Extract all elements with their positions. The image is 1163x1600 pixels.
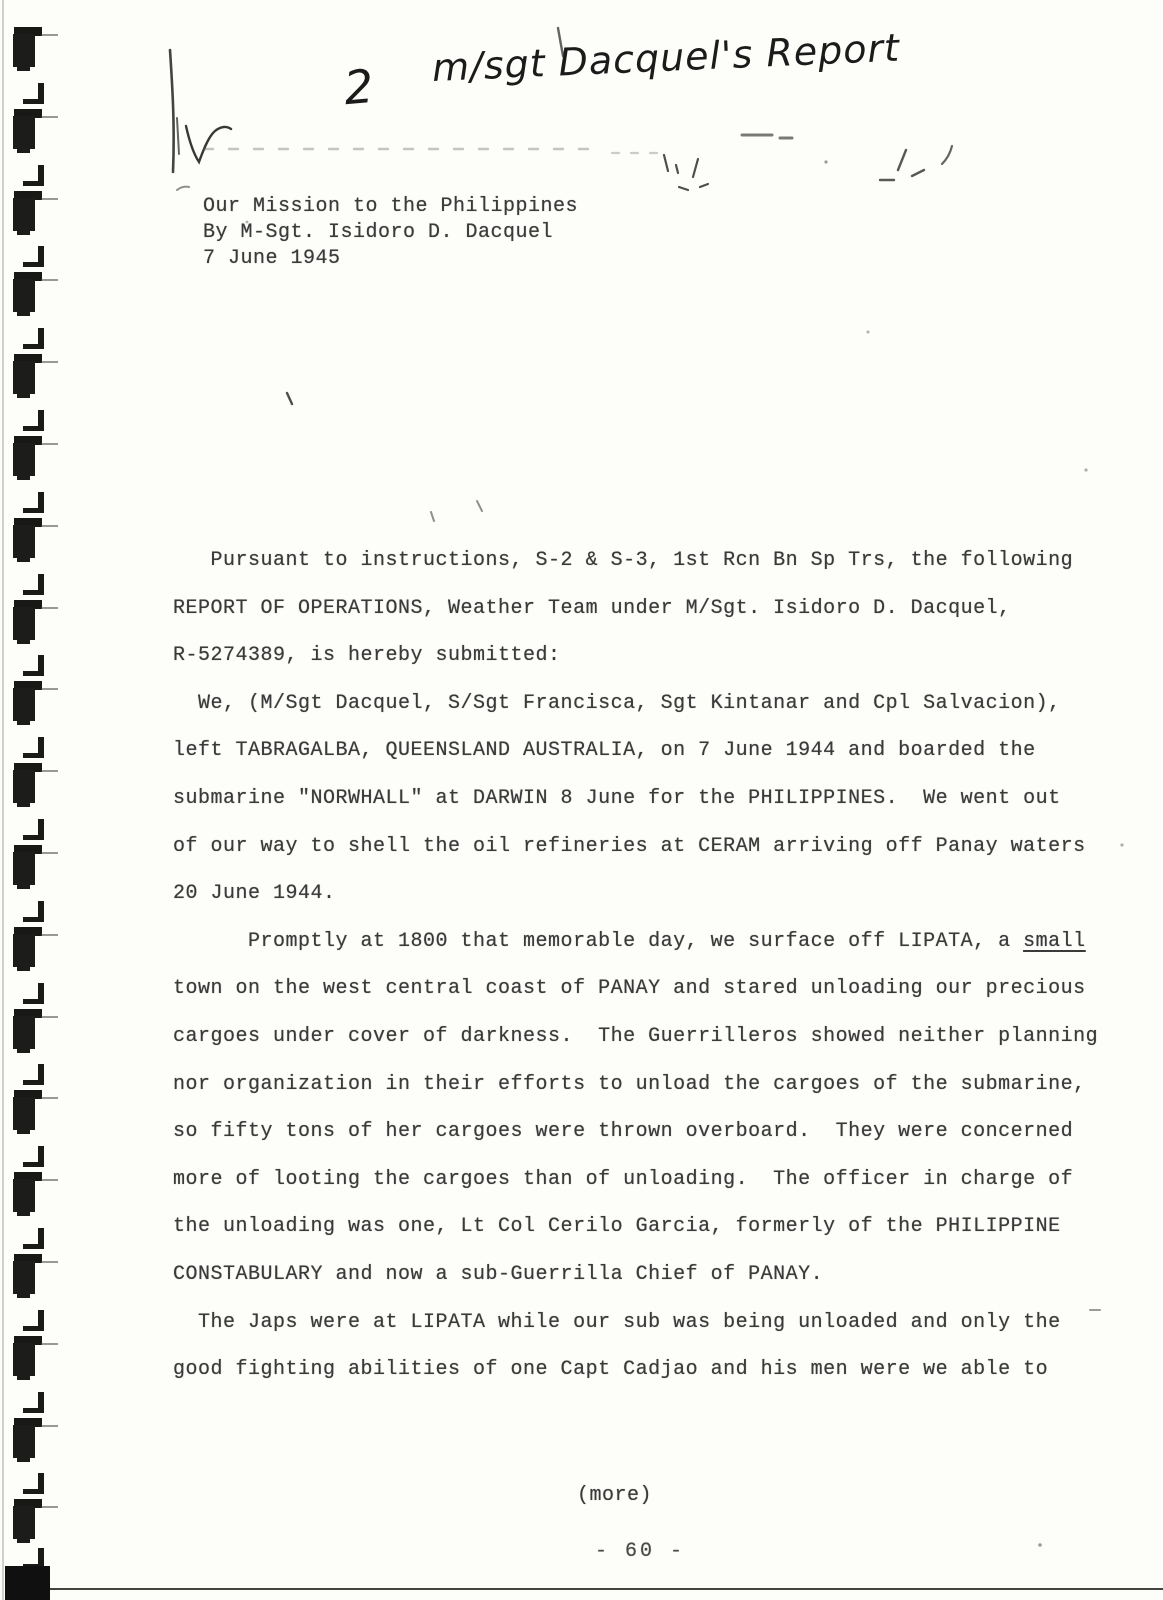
binder-blob-mark: [0, 1172, 60, 1218]
text-line: CONSTABULARY and now a sub-Guerrilla Chi…: [173, 1251, 1098, 1299]
binder-corner-mark: [0, 1392, 50, 1418]
binder-corner-mark: [0, 410, 50, 436]
binder-blob-mark: [0, 1009, 60, 1055]
text-line: REPORT OF OPERATIONS, Weather Team under…: [173, 585, 1098, 633]
text-line: We, (M/Sgt Dacquel, S/Sgt Francisca, Sgt…: [173, 680, 1098, 728]
binder-blob-mark: [0, 1499, 60, 1545]
binder-corner-mark: [0, 1146, 50, 1172]
scan-bottom-line: [28, 1588, 1163, 1590]
binder-corner-mark: [0, 1310, 50, 1336]
binder-corner-mark: [0, 83, 50, 109]
text-line: town on the west central coast of PANAY …: [173, 965, 1098, 1013]
binder-blob-mark: [0, 1254, 60, 1300]
binder-corner-mark: [0, 165, 50, 191]
document-header: Our Mission to the PhilippinesBy M-Sgt. …: [203, 194, 578, 272]
header-line: 7 June 1945: [203, 246, 578, 272]
handwritten-page-number: 2: [342, 59, 376, 115]
binder-blob-mark: [0, 763, 60, 809]
binder-blob-mark: [0, 1418, 60, 1464]
binder-blob-mark: [0, 927, 60, 973]
text-line: of our way to shell the oil refineries a…: [173, 823, 1098, 871]
binder-corner-mark: [0, 574, 50, 600]
binder-corner-mark: [0, 1064, 50, 1090]
scanned-document-page: 2 m/sgt Dacquel's Report Our Mission to …: [0, 0, 1163, 1600]
binder-blob-mark: [0, 845, 60, 891]
binder-blob-mark: [0, 109, 60, 155]
text-line: The Japs were at LIPATA while our sub wa…: [173, 1299, 1098, 1347]
text-line: submarine "NORWHALL" at DARWIN 8 June fo…: [173, 775, 1098, 823]
header-line: By M-Sgt. Isidoro D. Dacquel: [203, 220, 578, 246]
handwritten-title: m/sgt Dacquel's Report: [431, 26, 901, 90]
binder-corner-mark: [0, 983, 50, 1009]
binder-blob-mark: [0, 600, 60, 646]
binder-blob-mark: [0, 272, 60, 318]
binder-corner-mark: [0, 655, 50, 681]
header-line: Our Mission to the Philippines: [203, 194, 578, 220]
text-line: the unloading was one, Lt Col Cerilo Gar…: [173, 1203, 1098, 1251]
footer-page-number: - 60 -: [595, 1540, 685, 1563]
footer-more: (more): [577, 1484, 652, 1507]
binder-blob-mark: [0, 518, 60, 564]
binder-corner-mark: [0, 1228, 50, 1254]
binder-blob-mark: [0, 191, 60, 237]
binder-corner-mark: [0, 328, 50, 354]
binder-blob-mark: [0, 354, 60, 400]
binder-corner-mark: [0, 901, 50, 927]
text-line: Pursuant to instructions, S-2 & S-3, 1st…: [173, 537, 1098, 585]
text-line: left TABRAGALBA, QUEENSLAND AUSTRALIA, o…: [173, 727, 1098, 775]
binder-corner-mark: [0, 1473, 50, 1499]
scan-corner-mark: [5, 1566, 50, 1600]
binder-blob-mark: [0, 681, 60, 727]
text-line: cargoes under cover of darkness. The Gue…: [173, 1013, 1098, 1061]
binder-blob-mark: [0, 436, 60, 482]
binder-corner-mark: [0, 492, 50, 518]
binder-corner-mark: [0, 819, 50, 845]
binder-blob-mark: [0, 1090, 60, 1136]
binder-blob-mark: [0, 1336, 60, 1382]
text-line: nor organization in their efforts to unl…: [173, 1061, 1098, 1109]
text-line: so fifty tons of her cargoes were thrown…: [173, 1108, 1098, 1156]
text-line: 20 June 1944.: [173, 870, 1098, 918]
text-line: R-5274389, is hereby submitted:: [173, 632, 1098, 680]
document-lines: Pursuant to instructions, S-2 & S-3, 1st…: [173, 537, 1098, 1394]
binder-corner-mark: [0, 737, 50, 763]
text-line: more of looting the cargoes than of unlo…: [173, 1156, 1098, 1204]
binder-blob-mark: [0, 27, 60, 73]
binder-corner-mark: [0, 246, 50, 272]
text-line: good fighting abilities of one Capt Cadj…: [173, 1346, 1098, 1394]
scan-edge-line: [2, 0, 4, 1600]
text-line: Promptly at 1800 that memorable day, we …: [173, 918, 1098, 966]
